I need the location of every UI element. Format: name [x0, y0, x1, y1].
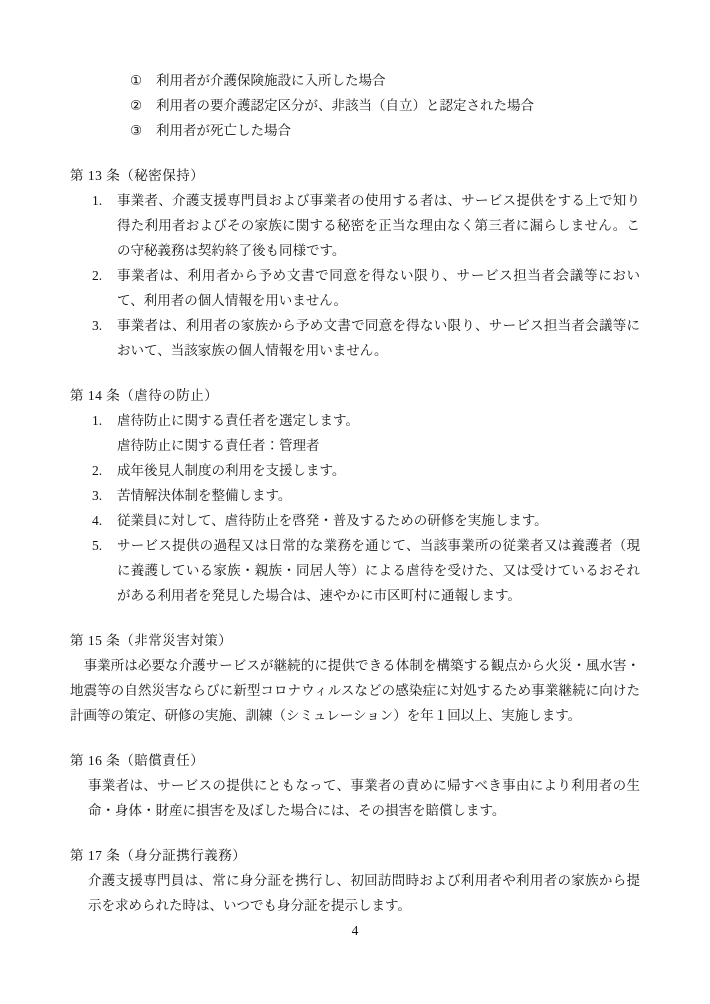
termination-cases-list: ① 利用者が介護保険施設に入所した場合 ② 利用者の要介護認定区分が、非該当（自… — [130, 68, 640, 143]
article-16-paragraph: 事業者は、サービスの提供にともなって、事業者の責めに帰すべき事由により利用者の生… — [88, 773, 640, 823]
item-text: 事業者は、利用者から予め文書で同意を得ない限り、サービス担当者会議等において、利… — [117, 263, 640, 313]
article-14-item-5: 5. サービス提供の過程又は日常的な業務を通じて、当該事業所の従業者又は養護者（… — [92, 533, 640, 608]
article-13: 第 13 条（秘密保持） 1. 事業者、介護支援専門員および事業者の使用する者は… — [70, 163, 640, 363]
article-15-heading: 第 15 条（非常災害対策） — [70, 628, 640, 653]
page-number: 4 — [70, 918, 640, 943]
article-14-item-1: 1. 虐待防止に関する責任者を選定します。 虐待防止に関する責任者：管理者 — [92, 408, 640, 458]
item-number: 5. — [92, 533, 117, 608]
article-17-paragraph: 介護支援専門員は、常に身分証を携行し、初回訪問時および利用者や利用者の家族から提… — [88, 868, 640, 918]
list-item: ① 利用者が介護保険施設に入所した場合 — [130, 68, 640, 93]
article-15: 第 15 条（非常災害対策） 事業所は必要な介護サービスが継続的に提供できる体制… — [70, 628, 640, 728]
item-text: 事業者は、利用者の家族から予め文書で同意を得ない限り、サービス担当者会議等におい… — [117, 313, 640, 363]
item-number: 1. — [92, 408, 117, 458]
article-13-heading: 第 13 条（秘密保持） — [70, 163, 640, 188]
item-number: 2. — [92, 458, 117, 483]
item-subtext: 虐待防止に関する責任者：管理者 — [117, 433, 640, 458]
item-text: 虐待防止に関する責任者を選定します。 — [117, 408, 640, 433]
article-17: 第 17 条（身分証携行義務） 介護支援専門員は、常に身分証を携行し、初回訪問時… — [70, 843, 640, 918]
article-13-item-1: 1. 事業者、介護支援専門員および事業者の使用する者は、サービス提供をする上で知… — [92, 188, 640, 263]
item-number: 4. — [92, 508, 117, 533]
item-text: 事業者、介護支援専門員および事業者の使用する者は、サービス提供をする上で知り得た… — [117, 188, 640, 263]
item-text: 利用者が介護保険施設に入所した場合 — [156, 68, 640, 93]
item-text: 利用者が死亡した場合 — [156, 118, 640, 143]
list-item: ② 利用者の要介護認定区分が、非該当（自立）と認定された場合 — [130, 93, 640, 118]
item-text: 苦情解決体制を整備します。 — [117, 483, 640, 508]
item-body: 虐待防止に関する責任者を選定します。 虐待防止に関する責任者：管理者 — [117, 408, 640, 458]
article-16: 第 16 条（賠償責任） 事業者は、サービスの提供にともなって、事業者の責めに帰… — [70, 748, 640, 823]
article-17-heading: 第 17 条（身分証携行義務） — [70, 843, 640, 868]
item-text: 利用者の要介護認定区分が、非該当（自立）と認定された場合 — [156, 93, 640, 118]
item-number: 1. — [92, 188, 117, 263]
item-number: 3. — [92, 483, 117, 508]
item-number: 3. — [92, 313, 117, 363]
article-14: 第 14 条（虐待の防止） 1. 虐待防止に関する責任者を選定します。 虐待防止… — [70, 383, 640, 608]
item-text: 従業員に対して、虐待防止を啓発・普及するための研修を実施します。 — [117, 508, 640, 533]
item-number: 2. — [92, 263, 117, 313]
article-14-item-4: 4. 従業員に対して、虐待防止を啓発・普及するための研修を実施します。 — [92, 508, 640, 533]
item-text: サービス提供の過程又は日常的な業務を通じて、当該事業所の従業者又は養護者（現に養… — [117, 533, 640, 608]
article-15-paragraph: 事業所は必要な介護サービスが継続的に提供できる体制を構築する観点から火災・風水害… — [70, 653, 640, 728]
article-14-heading: 第 14 条（虐待の防止） — [70, 383, 640, 408]
article-14-item-2: 2. 成年後見人制度の利用を支援します。 — [92, 458, 640, 483]
item-marker: ③ — [130, 118, 156, 143]
document-page: ① 利用者が介護保険施設に入所した場合 ② 利用者の要介護認定区分が、非該当（自… — [0, 0, 710, 1004]
article-14-item-3: 3. 苦情解決体制を整備します。 — [92, 483, 640, 508]
item-marker: ① — [130, 68, 156, 93]
item-marker: ② — [130, 93, 156, 118]
article-13-item-2: 2. 事業者は、利用者から予め文書で同意を得ない限り、サービス担当者会議等におい… — [92, 263, 640, 313]
article-13-item-3: 3. 事業者は、利用者の家族から予め文書で同意を得ない限り、サービス担当者会議等… — [92, 313, 640, 363]
article-16-heading: 第 16 条（賠償責任） — [70, 748, 640, 773]
list-item: ③ 利用者が死亡した場合 — [130, 118, 640, 143]
item-text: 成年後見人制度の利用を支援します。 — [117, 458, 640, 483]
